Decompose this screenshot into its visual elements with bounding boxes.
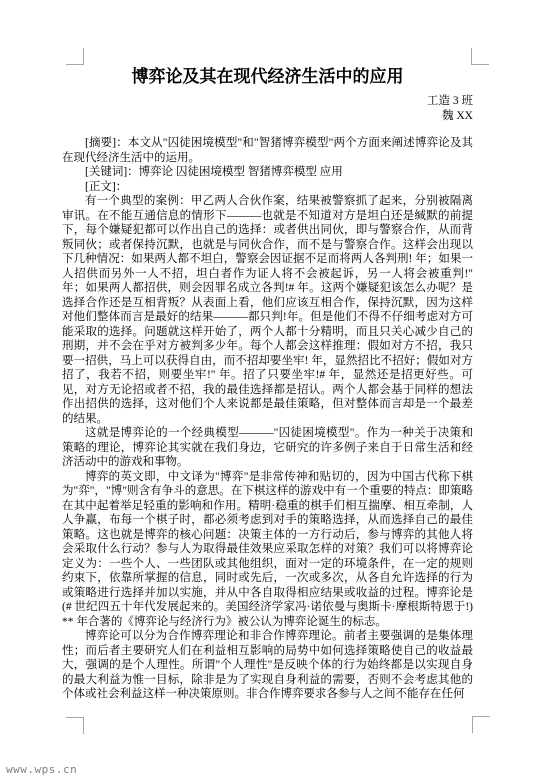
abstract-paragraph: [摘要]：本文从"囚徒困境模型"和"智猪博弈模型"两个方面来阐述博弈论及其在现代… [62,136,473,165]
author-block: 工造 3 班 魏 XX [62,94,473,123]
text-body: 博弈论及其在现代经济生活中的应用 工造 3 班 魏 XX [摘要]：本文从"囚徒… [62,66,473,702]
crop-mark-top-left [66,48,84,65]
crop-mark-top-right [471,48,489,65]
body-paragraph: 这就是博弈论的一个经典模型———"囚徒困境模型"。作为一种关于决策和策略的理论，… [62,426,473,470]
crop-mark-bottom-left [66,717,84,734]
body-label: [正文]： [62,180,473,195]
crop-mark-bottom-right [472,716,490,733]
body-paragraph: 博弈的英文即，中文译为"博弈"是非常传神和贴切的，因为中国古代称下棋为"弈"，"… [62,470,473,630]
document-page: 博弈论及其在现代经济生活中的应用 工造 3 班 魏 XX [摘要]：本文从"囚徒… [0,0,555,783]
body-paragraph: 有一个典型的案例：甲乙两人合伙作案，结果被警察抓了起来，分别被隔离审讯。在不能互… [62,194,473,426]
keywords-paragraph: [关键词]：博弈论 囚徒困境模型 智猪博弈模型 应用 [62,165,473,180]
author-name-line: 魏 XX [62,109,473,124]
doc-title: 博弈论及其在现代经济生活中的应用 [62,66,473,88]
wps-watermark: www.wps.cn [6,763,77,777]
author-class-line: 工造 3 班 [62,94,473,109]
body-paragraph: 博弈论可以分为合作博弈理论和非合作博弈理论。前者主要强调的是集体理性；而后者主要… [62,629,473,702]
